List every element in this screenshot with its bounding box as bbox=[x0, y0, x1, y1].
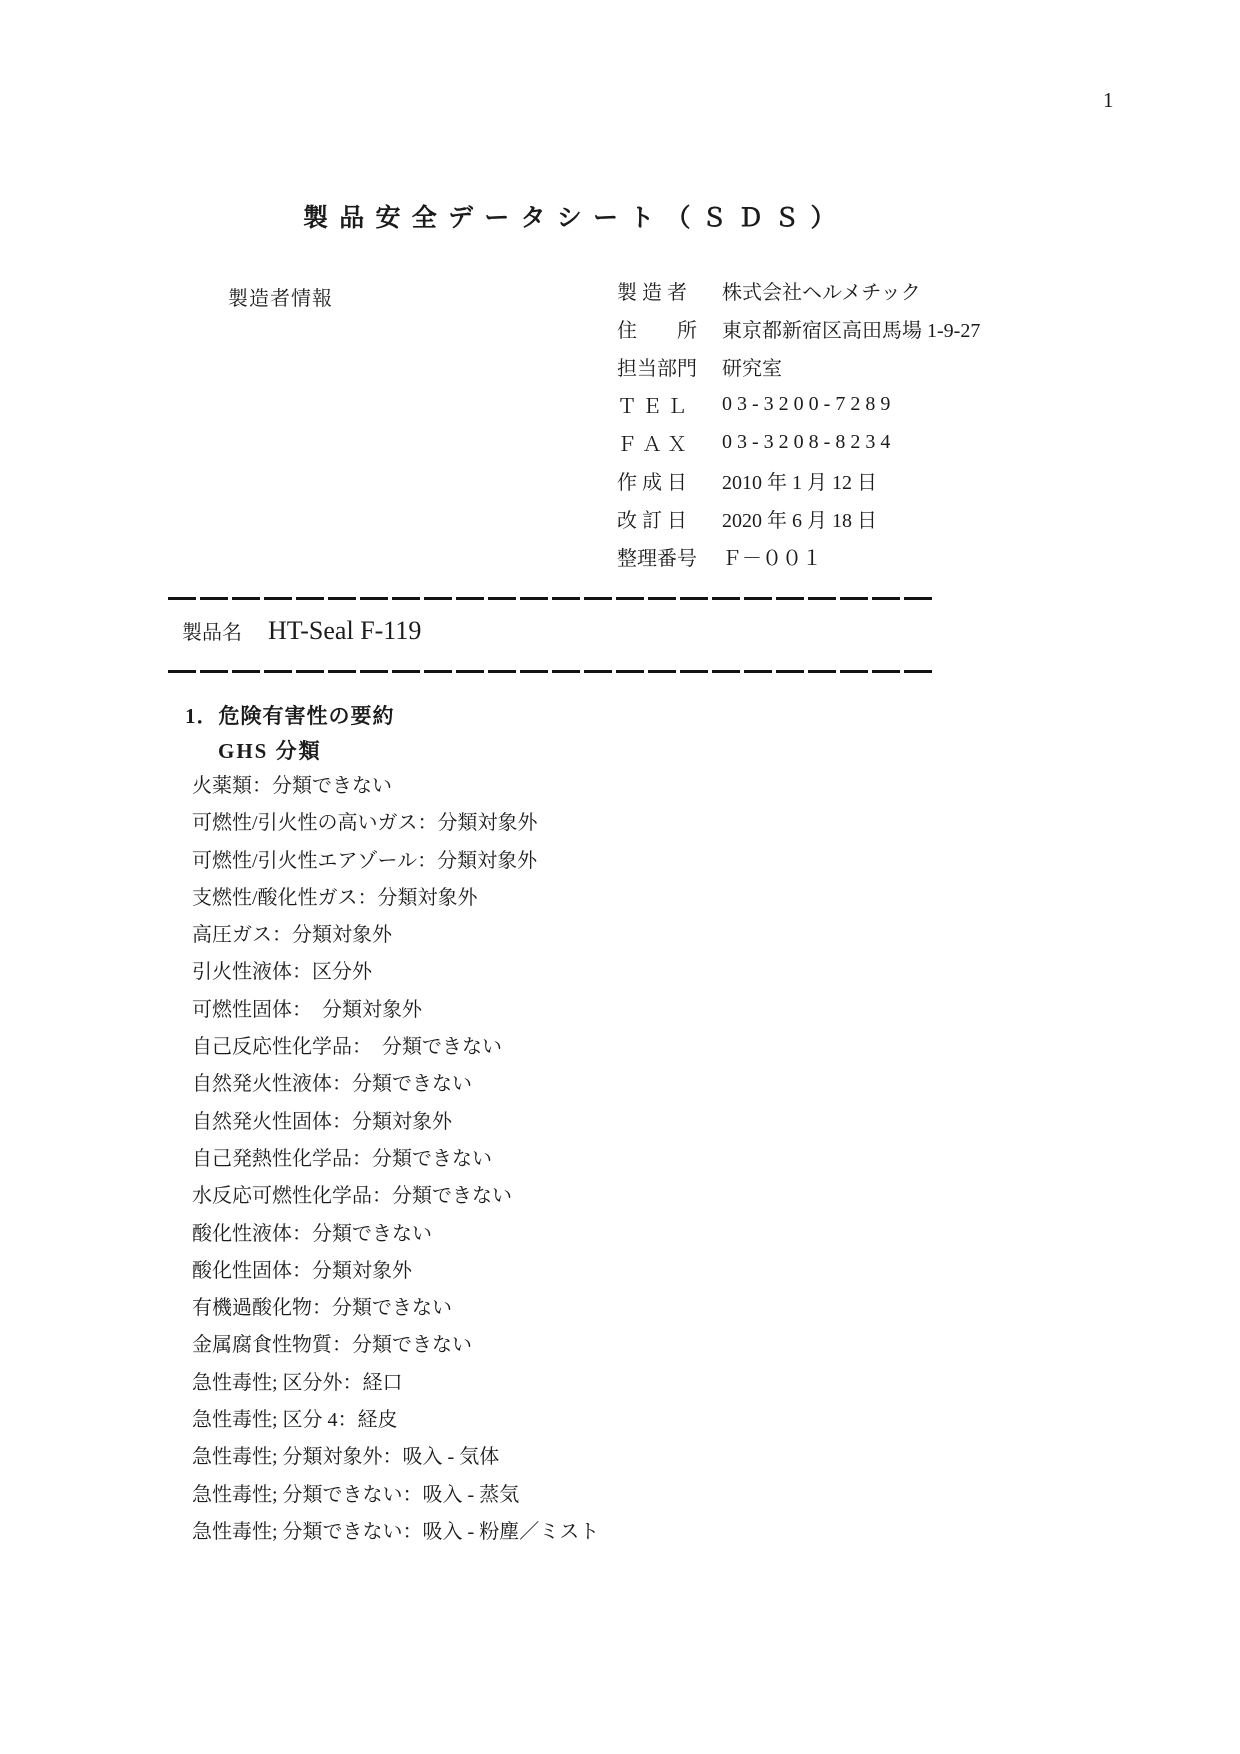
ghs-classification-item: 急性毒性; 分類できない：吸入 - 蒸気 bbox=[192, 1477, 599, 1514]
ghs-classification-list: 火薬類：分類できない 可燃性/引火性の高いガス：分類対象外 可燃性/引火性エアゾ… bbox=[192, 768, 599, 1551]
ghs-classification-item: 急性毒性; 分類できない：吸入 - 粉塵／ミスト bbox=[192, 1514, 599, 1551]
field-value: 東京都新宿区高田馬場 1-9-27 bbox=[722, 314, 980, 343]
product-name-row: 製品名 HT-Seal F-119 bbox=[182, 616, 421, 646]
manufacturer-row: 担当部門 研究室 bbox=[617, 347, 980, 385]
ghs-classification-item: 自然発火性固体：分類対象外 bbox=[192, 1104, 599, 1141]
manufacturer-info-label: 製造者情報 bbox=[228, 282, 333, 311]
ghs-classification-item: 水反応可燃性化学品：分類できない bbox=[192, 1178, 599, 1215]
field-label: 整理番号 bbox=[617, 542, 722, 571]
field-label: 住 所 bbox=[617, 314, 722, 343]
field-label: 製 造 者 bbox=[617, 276, 722, 305]
field-value: 研究室 bbox=[722, 352, 782, 381]
field-label: Ｔ Ｅ Ｌ bbox=[617, 390, 722, 419]
manufacturer-row: 住 所 東京都新宿区高田馬場 1-9-27 bbox=[617, 309, 980, 347]
manufacturer-row: Ｆ Ａ Ｘ 03-3208-8234 bbox=[617, 423, 980, 461]
product-name-label: 製品名 bbox=[182, 616, 242, 645]
ghs-classification-item: 急性毒性; 区分外：経口 bbox=[192, 1365, 599, 1402]
field-value: 03-3208-8234 bbox=[722, 431, 895, 454]
field-value: 2020 年 6 月 18 日 bbox=[722, 504, 877, 533]
ghs-classification-item: 自然発火性液体：分類できない bbox=[192, 1066, 599, 1103]
manufacturer-row: 整理番号 Ｆ－００１ bbox=[617, 537, 980, 575]
ghs-classification-heading: GHS 分類 bbox=[218, 735, 322, 765]
field-label: 改 訂 日 bbox=[617, 504, 722, 533]
manufacturer-row: 改 訂 日 2020 年 6 月 18 日 bbox=[617, 499, 980, 537]
ghs-classification-item: 引火性液体：区分外 bbox=[192, 954, 599, 991]
manufacturer-info-block: 製 造 者 株式会社ヘルメチック 住 所 東京都新宿区高田馬場 1-9-27 担… bbox=[617, 271, 980, 575]
ghs-classification-item: 高圧ガス：分類対象外 bbox=[192, 917, 599, 954]
product-name: HT-Seal F-119 bbox=[268, 616, 421, 646]
field-value: 株式会社ヘルメチック bbox=[722, 276, 921, 305]
manufacturer-row: 製 造 者 株式会社ヘルメチック bbox=[617, 271, 980, 309]
ghs-classification-item: 支燃性/酸化性ガス：分類対象外 bbox=[192, 880, 599, 917]
ghs-classification-item: 自己発熱性化学品：分類できない bbox=[192, 1141, 599, 1178]
manufacturer-row: 作 成 日 2010 年 1 月 12 日 bbox=[617, 461, 980, 499]
field-value: 03-3200-7289 bbox=[722, 393, 895, 416]
field-label: Ｆ Ａ Ｘ bbox=[617, 428, 722, 457]
manufacturer-row: Ｔ Ｅ Ｌ 03-3200-7289 bbox=[617, 385, 980, 423]
document-title: 製品安全データシート（ＳＤＳ） bbox=[303, 198, 847, 234]
ghs-classification-item: 可燃性固体： 分類対象外 bbox=[192, 992, 599, 1029]
ghs-classification-item: 金属腐食性物質：分類できない bbox=[192, 1327, 599, 1364]
ghs-classification-item: 可燃性/引火性エアゾール：分類対象外 bbox=[192, 843, 599, 880]
field-label: 担当部門 bbox=[617, 352, 722, 381]
field-value: Ｆ－００１ bbox=[722, 542, 822, 571]
separator-line bbox=[168, 670, 932, 673]
ghs-classification-item: 酸化性固体：分類対象外 bbox=[192, 1253, 599, 1290]
field-value: 2010 年 1 月 12 日 bbox=[722, 466, 877, 495]
page-number: 1 bbox=[1103, 88, 1114, 113]
ghs-classification-item: 可燃性/引火性の高いガス：分類対象外 bbox=[192, 805, 599, 842]
ghs-classification-item: 有機過酸化物：分類できない bbox=[192, 1290, 599, 1327]
ghs-classification-item: 自己反応性化学品： 分類できない bbox=[192, 1029, 599, 1066]
ghs-classification-item: 急性毒性; 区分 4：経皮 bbox=[192, 1402, 599, 1439]
separator-line bbox=[168, 597, 932, 600]
ghs-classification-item: 火薬類：分類できない bbox=[192, 768, 599, 805]
ghs-classification-item: 酸化性液体：分類できない bbox=[192, 1216, 599, 1253]
hazard-summary-heading: 1．危険有害性の要約 bbox=[185, 700, 395, 730]
ghs-classification-item: 急性毒性; 分類対象外：吸入 - 気体 bbox=[192, 1439, 599, 1476]
field-label: 作 成 日 bbox=[617, 466, 722, 495]
